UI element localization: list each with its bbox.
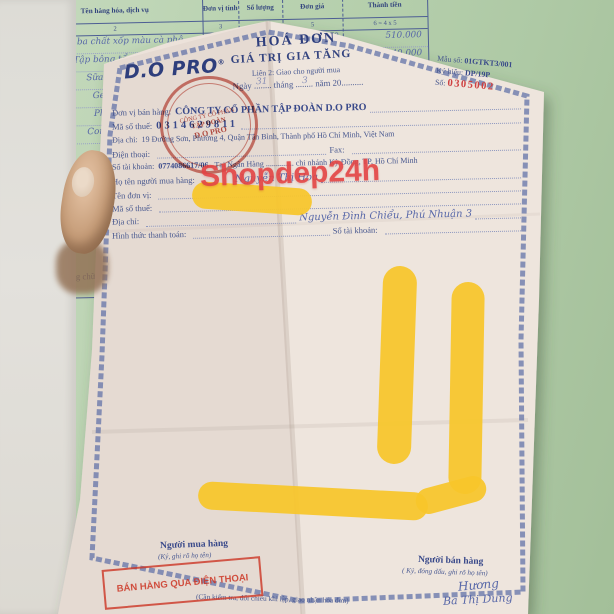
seller-account-label: Số tài khoản: — [112, 162, 154, 172]
highlight-stroke-amount-column — [448, 282, 485, 495]
form-number-label: Mẫu số: — [437, 54, 463, 65]
form-info-block: Mẫu số: 01GTKT3/001 Ký hiệu: DP/19P Số: … — [435, 53, 513, 95]
serial-symbol-value: DP/19P — [465, 68, 491, 79]
payment-method-label: Hình thức thanh toán: — [112, 229, 186, 241]
photo-scene: D.O PRO® HOÁ ĐƠN GIÁ TRỊ GIA TĂNG Liên 2… — [0, 0, 614, 614]
handwritten-day: 31 — [256, 77, 268, 87]
buyer-account-label: Số tài khoản: — [333, 225, 378, 236]
seller-fax-label: Fax: — [329, 144, 344, 154]
invoice-number-label: Số: — [435, 78, 446, 88]
highlight-stroke-price-column — [377, 265, 418, 464]
buyer-unit-label: Tên đơn vị: — [112, 190, 152, 201]
handwritten-month: 3 — [302, 76, 308, 86]
buyer-name-label: Họ tên người mua hàng: — [112, 175, 195, 187]
seller-address-label: Địa chỉ: — [112, 135, 138, 145]
seller-phone-label: Điện thoại: — [112, 149, 150, 160]
buyer-taxcode-label: Mã số thuế: — [112, 203, 152, 214]
shop-watermark: Shopdep24h — [199, 154, 380, 194]
serial-symbol-label: Ký hiệu: — [436, 66, 464, 77]
phone-sale-stamp-text: BÁN HÀNG QUA ĐIỆN THOẠI — [116, 572, 249, 594]
seller-taxcode-label: Mã số thuế: — [112, 121, 152, 132]
invoice-paper — [0, 0, 614, 614]
buyer-address-label: Địa chỉ: — [112, 216, 139, 227]
